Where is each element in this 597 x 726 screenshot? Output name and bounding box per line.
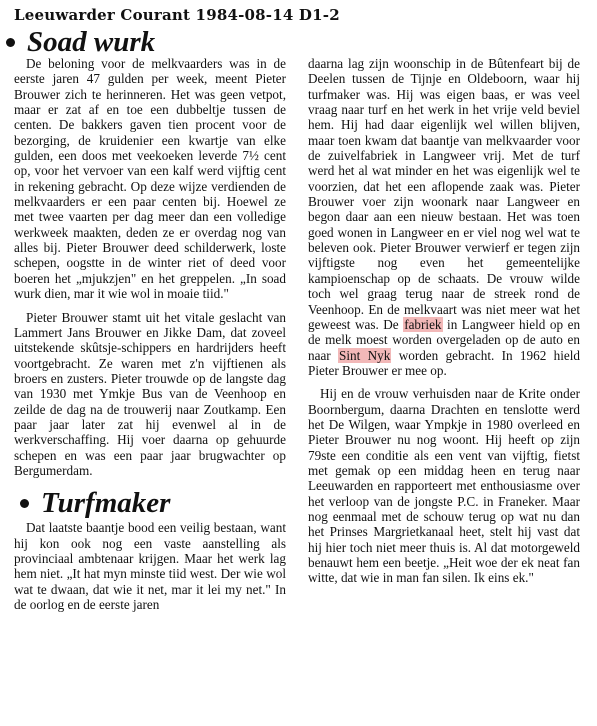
heading-text: Soad wurk [27,26,155,58]
paragraph: Pieter Brouwer stamt uit het vitale gesl… [14,310,286,479]
paragraph: Dat laatste baantje bood een veilig best… [14,520,286,612]
paragraph: Hij en de vrouw verhuisden naar de Krite… [308,386,580,585]
highlighted-term: Sint Nyk [338,348,391,363]
bullet-icon [20,499,29,508]
heading-text: Turfmaker [41,487,170,519]
paragraph: De beloning voor de melkvaarders was in … [14,56,286,302]
article-column-right: daarna lag zijn woonschip in de Bûtenfea… [308,56,580,586]
highlighted-term: fabriek [403,317,442,332]
bullet-icon [6,38,15,47]
paragraph-text: daarna lag zijn woonschip in de Bûtenfea… [308,56,580,332]
paragraph: daarna lag zijn woonschip in de Bûtenfea… [308,56,580,378]
section-heading-soad-wurk: Soad wurk [0,27,155,57]
article-column-left: De beloning voor de melkvaarders was in … [14,56,286,612]
section-heading-turfmaker: Turfmaker [14,488,286,518]
newspaper-masthead: Leeuwarder Courant 1984-08-14 D1-2 [14,6,340,24]
